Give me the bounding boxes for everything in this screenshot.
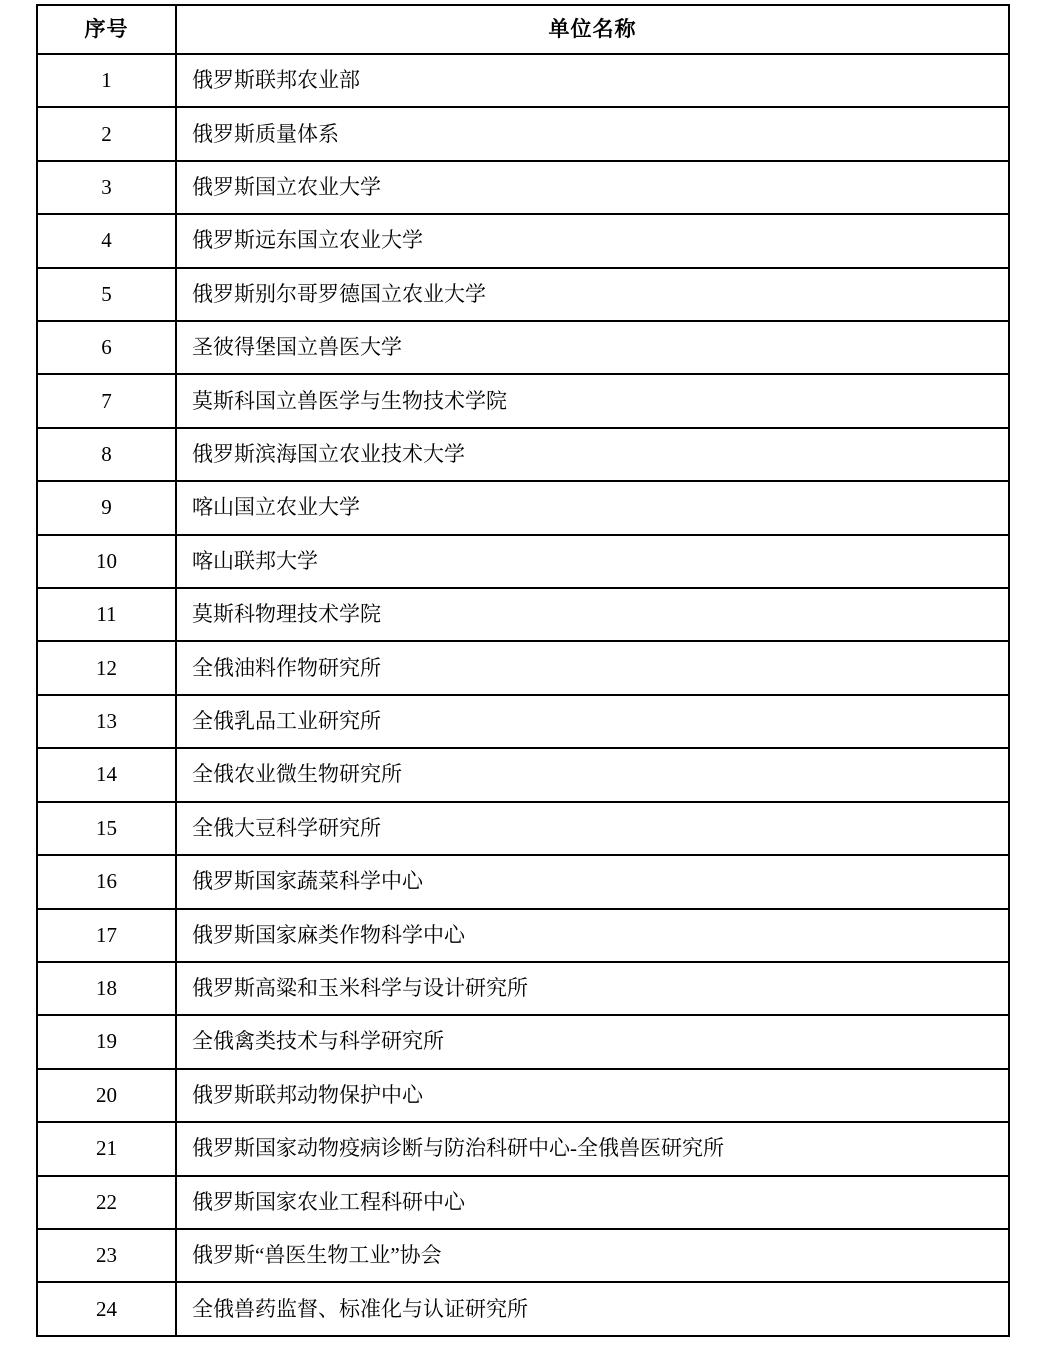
unit-name: 俄罗斯国家蔬菜科学中心 (176, 855, 1009, 908)
table-row: 20 俄罗斯联邦动物保护中心 (37, 1069, 1009, 1122)
row-index: 9 (37, 481, 176, 534)
unit-name: 俄罗斯远东国立农业大学 (176, 214, 1009, 267)
row-index: 23 (37, 1229, 176, 1282)
row-index: 2 (37, 107, 176, 160)
table-row: 2 俄罗斯质量体系 (37, 107, 1009, 160)
unit-name: 俄罗斯联邦动物保护中心 (176, 1069, 1009, 1122)
document-page: 序号 单位名称 1 俄罗斯联邦农业部 2 俄罗斯质量体系 3 俄罗斯国立农业大学… (0, 0, 1044, 1354)
row-index: 14 (37, 748, 176, 801)
table-row: 24 全俄兽药监督、标准化与认证研究所 (37, 1282, 1009, 1336)
unit-name: 全俄大豆科学研究所 (176, 802, 1009, 855)
column-header-index: 序号 (37, 5, 176, 54)
table-row: 5 俄罗斯别尔哥罗德国立农业大学 (37, 268, 1009, 321)
unit-name: 全俄乳品工业研究所 (176, 695, 1009, 748)
row-index: 6 (37, 321, 176, 374)
table-row: 21 俄罗斯国家动物疫病诊断与防治科研中心-全俄兽医研究所 (37, 1122, 1009, 1175)
table-row: 12 全俄油料作物研究所 (37, 641, 1009, 694)
row-index: 22 (37, 1176, 176, 1229)
unit-name: 莫斯科物理技术学院 (176, 588, 1009, 641)
header-row: 序号 单位名称 (37, 5, 1009, 54)
row-index: 12 (37, 641, 176, 694)
row-index: 3 (37, 161, 176, 214)
row-index: 8 (37, 428, 176, 481)
unit-name: 俄罗斯联邦农业部 (176, 54, 1009, 107)
row-index: 24 (37, 1282, 176, 1336)
unit-name: 俄罗斯高粱和玉米科学与设计研究所 (176, 962, 1009, 1015)
row-index: 21 (37, 1122, 176, 1175)
table-row: 16 俄罗斯国家蔬菜科学中心 (37, 855, 1009, 908)
table-row: 7 莫斯科国立兽医学与生物技术学院 (37, 374, 1009, 427)
unit-name: 俄罗斯国家动物疫病诊断与防治科研中心-全俄兽医研究所 (176, 1122, 1009, 1175)
table-row: 11 莫斯科物理技术学院 (37, 588, 1009, 641)
unit-name: 喀山联邦大学 (176, 535, 1009, 588)
unit-name: 俄罗斯质量体系 (176, 107, 1009, 160)
unit-name: 全俄油料作物研究所 (176, 641, 1009, 694)
row-index: 5 (37, 268, 176, 321)
table-row: 23 俄罗斯“兽医生物工业”协会 (37, 1229, 1009, 1282)
table-row: 13 全俄乳品工业研究所 (37, 695, 1009, 748)
table-row: 19 全俄禽类技术与科学研究所 (37, 1015, 1009, 1068)
table-row: 10 喀山联邦大学 (37, 535, 1009, 588)
table-row: 22 俄罗斯国家农业工程科研中心 (37, 1176, 1009, 1229)
row-index: 18 (37, 962, 176, 1015)
row-index: 16 (37, 855, 176, 908)
row-index: 7 (37, 374, 176, 427)
row-index: 19 (37, 1015, 176, 1068)
row-index: 17 (37, 909, 176, 962)
unit-name: 全俄禽类技术与科学研究所 (176, 1015, 1009, 1068)
table-row: 17 俄罗斯国家麻类作物科学中心 (37, 909, 1009, 962)
unit-name: 喀山国立农业大学 (176, 481, 1009, 534)
table-row: 18 俄罗斯高粱和玉米科学与设计研究所 (37, 962, 1009, 1015)
unit-table: 序号 单位名称 1 俄罗斯联邦农业部 2 俄罗斯质量体系 3 俄罗斯国立农业大学… (36, 4, 1010, 1337)
table-row: 1 俄罗斯联邦农业部 (37, 54, 1009, 107)
unit-name: 圣彼得堡国立兽医大学 (176, 321, 1009, 374)
row-index: 15 (37, 802, 176, 855)
row-index: 11 (37, 588, 176, 641)
unit-name: 俄罗斯别尔哥罗德国立农业大学 (176, 268, 1009, 321)
table-row: 9 喀山国立农业大学 (37, 481, 1009, 534)
unit-name: 俄罗斯“兽医生物工业”协会 (176, 1229, 1009, 1282)
unit-name: 俄罗斯国家麻类作物科学中心 (176, 909, 1009, 962)
table-row: 15 全俄大豆科学研究所 (37, 802, 1009, 855)
unit-name: 莫斯科国立兽医学与生物技术学院 (176, 374, 1009, 427)
row-index: 13 (37, 695, 176, 748)
table-row: 4 俄罗斯远东国立农业大学 (37, 214, 1009, 267)
unit-name: 俄罗斯滨海国立农业技术大学 (176, 428, 1009, 481)
table-row: 6 圣彼得堡国立兽医大学 (37, 321, 1009, 374)
row-index: 10 (37, 535, 176, 588)
row-index: 4 (37, 214, 176, 267)
table-row: 8 俄罗斯滨海国立农业技术大学 (37, 428, 1009, 481)
unit-name: 全俄兽药监督、标准化与认证研究所 (176, 1282, 1009, 1336)
unit-name: 俄罗斯国立农业大学 (176, 161, 1009, 214)
row-index: 20 (37, 1069, 176, 1122)
table-row: 14 全俄农业微生物研究所 (37, 748, 1009, 801)
table-row: 3 俄罗斯国立农业大学 (37, 161, 1009, 214)
unit-name: 俄罗斯国家农业工程科研中心 (176, 1176, 1009, 1229)
column-header-unit-name: 单位名称 (176, 5, 1009, 54)
unit-name: 全俄农业微生物研究所 (176, 748, 1009, 801)
row-index: 1 (37, 54, 176, 107)
